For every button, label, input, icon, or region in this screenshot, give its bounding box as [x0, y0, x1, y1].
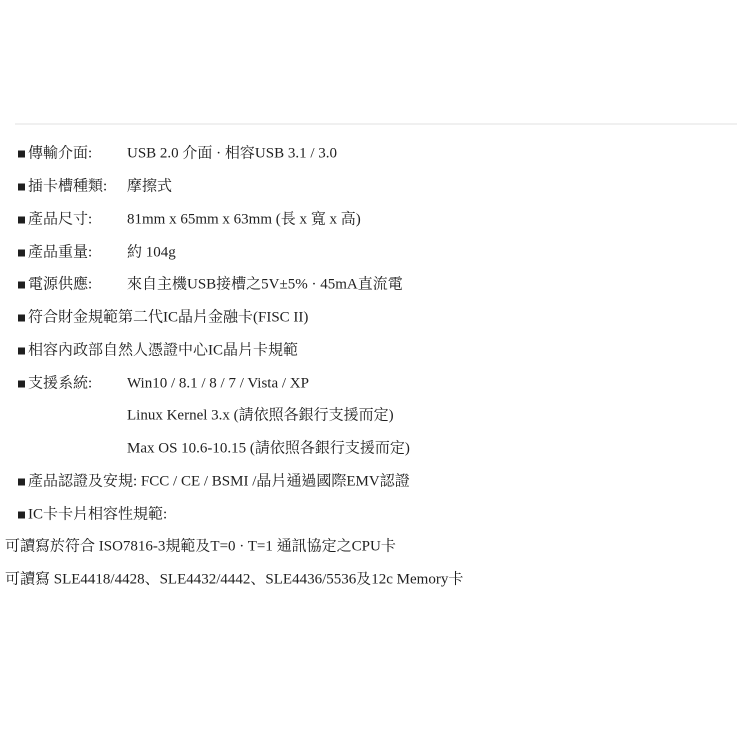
spec-row-9: Linux Kernel 3.x (請依照各銀行支援而定): [0, 400, 750, 433]
spec-row-6: 符合財金規範第二代IC晶片金融卡(FISC II): [0, 302, 750, 335]
spec-text: 產品認證及安規: FCC / CE / BSMI /晶片通過國際EMV認證: [28, 474, 410, 489]
spec-row-1: 傳輸介面:USB 2.0 介面 · 相容USB 3.1 / 3.0: [0, 138, 750, 171]
spec-text: 可讀寫 SLE4418/4428、SLE4432/4442、SLE4436/55…: [5, 573, 463, 588]
spec-text: Max OS 10.6-10.15 (請依照各銀行支援而定): [127, 442, 410, 457]
spec-row-7: 相容內政部自然人憑證中心IC晶片卡規範: [0, 335, 750, 368]
spec-text: 符合財金規範第二代IC晶片金融卡(FISC II): [28, 311, 308, 326]
spec-row-12: IC卡卡片相容性規範:: [0, 498, 750, 531]
bullet-square-icon: [18, 380, 25, 387]
product-spec-page: 傳輸介面:USB 2.0 介面 · 相容USB 3.1 / 3.0插卡槽種類:摩…: [0, 0, 750, 750]
spec-label: 電源供應:: [28, 278, 92, 293]
spec-row-5: 電源供應:來自主機USB接槽之5V±5% · 45mA直流電: [0, 269, 750, 302]
spec-row-8: 支援系統:Win10 / 8.1 / 8 / 7 / Vista / XP: [0, 367, 750, 400]
bullet-square-icon: [18, 216, 25, 223]
spec-row-14: 可讀寫 SLE4418/4428、SLE4432/4442、SLE4436/55…: [0, 564, 750, 597]
spec-value: 81mm x 65mm x 63mm (長 x 寬 x 高): [127, 212, 361, 227]
spec-row-11: 產品認證及安規: FCC / CE / BSMI /晶片通過國際EMV認證: [0, 466, 750, 499]
spec-text: 相容內政部自然人憑證中心IC晶片卡規範: [28, 343, 298, 358]
spec-text: IC卡卡片相容性規範:: [28, 507, 167, 522]
spec-row-3: 產品尺寸:81mm x 65mm x 63mm (長 x 寬 x 高): [0, 204, 750, 237]
spec-value: 約 104g: [127, 245, 176, 260]
spec-value: Win10 / 8.1 / 8 / 7 / Vista / XP: [127, 376, 309, 391]
spec-value: USB 2.0 介面 · 相容USB 3.1 / 3.0: [127, 147, 337, 162]
bullet-square-icon: [18, 347, 25, 354]
spec-label: 插卡槽種類:: [28, 180, 107, 195]
bullet-square-icon: [18, 249, 25, 256]
bullet-square-icon: [18, 315, 25, 322]
spec-value: 摩擦式: [127, 180, 172, 195]
spec-row-13: 可讀寫於符合 ISO7816-3規範及T=0 · T=1 通訊協定之CPU卡: [0, 531, 750, 564]
bullet-square-icon: [18, 151, 25, 158]
spec-list: 傳輸介面:USB 2.0 介面 · 相容USB 3.1 / 3.0插卡槽種類:摩…: [0, 138, 750, 597]
spec-row-4: 產品重量:約 104g: [0, 236, 750, 269]
bullet-square-icon: [18, 478, 25, 485]
spec-text: 可讀寫於符合 ISO7816-3規範及T=0 · T=1 通訊協定之CPU卡: [5, 540, 396, 555]
spec-row-10: Max OS 10.6-10.15 (請依照各銀行支援而定): [0, 433, 750, 466]
bullet-square-icon: [18, 282, 25, 289]
bullet-square-icon: [18, 511, 25, 518]
section-divider: [15, 123, 737, 125]
spec-label: 產品重量:: [28, 245, 92, 260]
spec-label: 支援系統:: [28, 376, 92, 391]
spec-label: 傳輸介面:: [28, 147, 92, 162]
spec-row-2: 插卡槽種類:摩擦式: [0, 171, 750, 204]
bullet-square-icon: [18, 184, 25, 191]
spec-text: Linux Kernel 3.x (請依照各銀行支援而定): [127, 409, 394, 424]
spec-label: 產品尺寸:: [28, 212, 92, 227]
spec-value: 來自主機USB接槽之5V±5% · 45mA直流電: [127, 278, 403, 293]
